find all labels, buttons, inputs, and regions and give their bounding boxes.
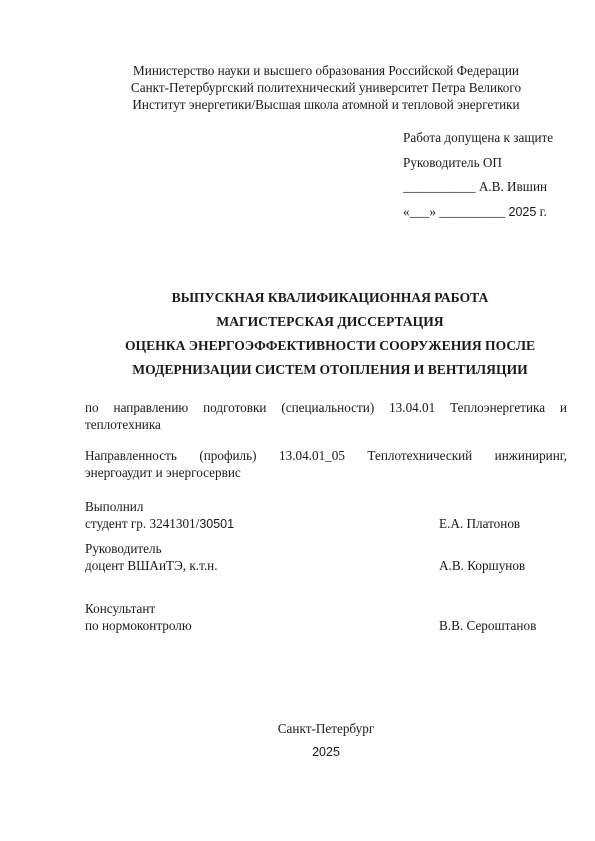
specialty-paragraph: по направлению подготовки (специальности… <box>85 399 567 433</box>
specialty-line-2: теплотехника <box>85 417 161 432</box>
supervisor-role: доцент ВШАиТЭ, к.т.н. <box>85 558 218 573</box>
approval-date: «___» __________ 2025 г. <box>403 200 553 225</box>
footer-year: 2025 <box>0 745 595 759</box>
footer-city: Санкт-Петербург <box>0 721 595 737</box>
student-row: студент гр. 3241301/30501 Е.А. Платонов <box>85 515 567 532</box>
profile-line-2: энергоаудит и энергосервис <box>85 465 241 480</box>
approval-date-suffix: г. <box>540 204 547 219</box>
institute-line: Институт энергетики/Высшая школа атомной… <box>0 96 595 113</box>
consultant-signature-block: Консультант по нормоконтролю В.В. Серошт… <box>85 600 567 634</box>
approval-block: Работа допущена к защите Руководитель ОП… <box>403 126 553 224</box>
thesis-title-block: ВЫПУСКНАЯ КВАЛИФИКАЦИОННАЯ РАБОТА МАГИСТ… <box>0 286 595 382</box>
consultant-name: В.В. Сероштанов <box>439 617 536 634</box>
thesis-title-line-1: ОЦЕНКА ЭНЕРГОЭФФЕКТИВНОСТИ СООРУЖЕНИЯ ПО… <box>0 334 595 358</box>
university-line: Санкт-Петербургский политехнический унив… <box>0 79 595 96</box>
consultant-row: по нормоконтролю В.В. Сероштанов <box>85 617 567 634</box>
student-name: Е.А. Платонов <box>439 515 520 532</box>
approval-role: Руководитель ОП <box>403 151 553 176</box>
supervisor-name: А.В. Коршунов <box>439 557 525 574</box>
supervisor-label: Руководитель <box>85 540 567 557</box>
consultant-label: Консультант <box>85 600 567 617</box>
institution-header: Министерство науки и высшего образования… <box>0 62 595 113</box>
ministry-line: Министерство науки и высшего образования… <box>0 62 595 79</box>
approval-signature-line: ___________ А.В. Ившин <box>403 175 553 200</box>
approval-admitted: Работа допущена к защите <box>403 126 553 151</box>
supervisor-row: доцент ВШАиТЭ, к.т.н. А.В. Коршунов <box>85 557 567 574</box>
work-type: ВЫПУСКНАЯ КВАЛИФИКАЦИОННАЯ РАБОТА <box>0 286 595 310</box>
profile-line-1: Направленность (профиль) 13.04.01_05 Теп… <box>85 447 567 464</box>
degree-type: МАГИСТЕРСКАЯ ДИССЕРТАЦИЯ <box>0 310 595 334</box>
specialty-line-1: по направлению подготовки (специальности… <box>85 399 567 416</box>
student-label: Выполнил <box>85 498 567 515</box>
student-role: студент гр. 3241301/30501 <box>85 516 234 531</box>
student-signature-block: Выполнил студент гр. 3241301/30501 Е.А. … <box>85 498 567 532</box>
profile-paragraph: Направленность (профиль) 13.04.01_05 Теп… <box>85 447 567 481</box>
approval-date-prefix: «___» __________ <box>403 204 505 219</box>
thesis-title-line-2: МОДЕРНИЗАЦИИ СИСТЕМ ОТОПЛЕНИЯ И ВЕНТИЛЯЦ… <box>0 358 595 382</box>
consultant-role: по нормоконтролю <box>85 618 192 633</box>
approval-date-year: 2025 <box>509 205 537 219</box>
supervisor-signature-block: Руководитель доцент ВШАиТЭ, к.т.н. А.В. … <box>85 540 567 574</box>
